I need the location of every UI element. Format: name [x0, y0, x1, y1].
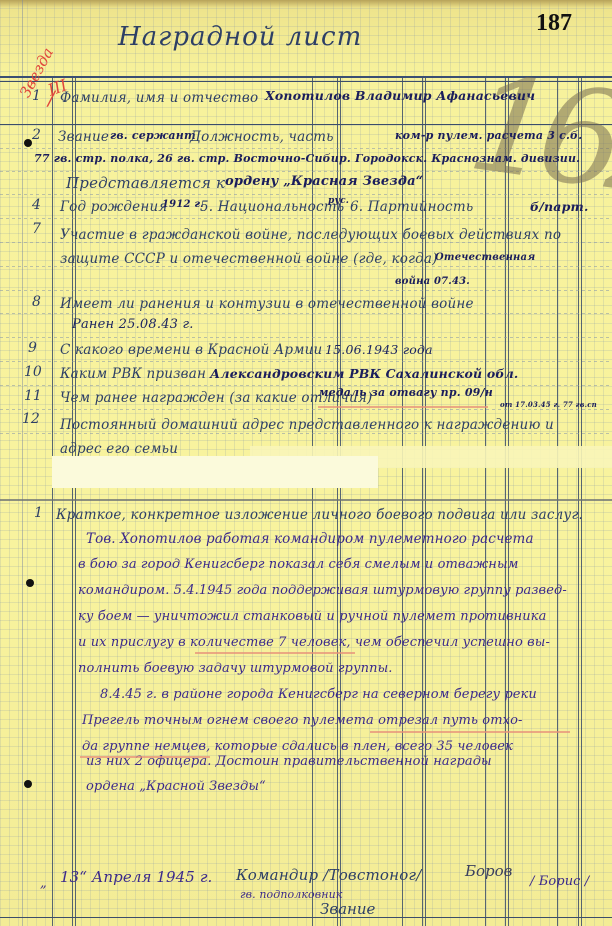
field-label-rank: Звание [58, 129, 109, 145]
field-value-previous-awards-note: от 17.03.45 г. 77 гв.сп [500, 400, 597, 409]
field-label-conscripted-by: Каким РВК призван [60, 366, 206, 382]
field-value-birth-year: 1912 г. [162, 199, 204, 210]
red-underline [195, 652, 355, 654]
section-rule [0, 499, 612, 501]
date-quote: „ [40, 876, 47, 891]
feat-line: Тов. Хопотилов работая командиром пулеме… [86, 531, 534, 547]
feat-line: 8.4.45 г. в районе города Кенигсберг на … [100, 687, 537, 702]
field-number: 8 [32, 294, 41, 310]
row-rule [0, 917, 612, 918]
ruled-line [0, 313, 612, 314]
column-line [485, 77, 486, 926]
signature-role: Командир /Товстоног/ [236, 866, 421, 884]
redacted-address [52, 456, 378, 488]
field-value-full-name: Хопотилов Владимир Афанасьевич [265, 88, 535, 103]
field-number: 2 [32, 127, 41, 143]
field-value-party: б/парт. [530, 199, 589, 214]
feat-line: ордена „Красной Звезды“ [86, 779, 266, 794]
field-number: 12 [22, 411, 40, 427]
nominated-for-value: ордену „Красная Звезда“ [225, 174, 423, 189]
field-label-army-since: С какого времени в Красной Армии [60, 342, 322, 358]
feat-line: командиром. 5.4.1945 года поддерживая шт… [78, 583, 567, 598]
feat-line: ку боем — уничтожил станковый и ручной п… [78, 609, 546, 624]
feat-line: Прегель точным огнем своего пулемета отр… [82, 713, 523, 728]
field-value-wounds: Ранен 25.08.43 г. [72, 317, 194, 332]
field-label-position: Должность, часть [190, 129, 334, 145]
field-value-army-since: 15.06.1943 года [325, 342, 433, 357]
red-underline [318, 406, 488, 408]
paper-edge [0, 0, 612, 8]
section-number: 1 [34, 505, 43, 521]
field-number: 9 [28, 340, 37, 356]
red-underline [80, 756, 210, 758]
ruled-line [0, 361, 612, 362]
nationality-label-text: Национальность [218, 199, 344, 215]
field-label-wounds: Имеет ли ранения и контузии в отечествен… [60, 296, 474, 312]
field-label-birth-year: Год рождения [60, 199, 168, 215]
field-number: 7 [32, 221, 41, 237]
field-label-party: 6. Партийность [350, 199, 473, 215]
feat-line: полнить боевую задачу штурмовой группы. [78, 661, 392, 676]
column-line [52, 77, 53, 926]
field-number: 1 [32, 88, 41, 104]
ruled-line [0, 409, 612, 410]
rank-caption: Звание [320, 900, 375, 918]
field-value-position-line1: ком-р пулем. расчета 3 с.б. [395, 129, 582, 142]
signature-date: 13“ Апреля 1945 г. [60, 868, 212, 886]
field-value-rank: гв. сержант [110, 129, 196, 142]
ruled-line [0, 337, 612, 338]
margin-dot [24, 780, 32, 788]
field-number: 10 [24, 364, 42, 380]
signature: Боров [465, 862, 512, 880]
field-number: 11 [24, 388, 42, 404]
party-label-text: Партийность [368, 199, 474, 215]
margin-line [22, 0, 23, 926]
margin-dot [26, 579, 34, 587]
feat-line: и их прислугу в количестве 7 человек, че… [78, 635, 550, 650]
field-label-nationality: 5. Национальность [200, 199, 344, 215]
field-value-war-participation: Отечественная война 07.43. [395, 246, 545, 294]
field-label-full-name: Фамилия, имя и отчество [60, 90, 258, 106]
nominated-for-label: Представляется к [66, 174, 225, 192]
red-stroke: / [48, 86, 55, 110]
margin-dot [24, 139, 32, 147]
feat-line: в бою за город Кенигсберг показал себя с… [78, 557, 519, 572]
red-underline [370, 731, 570, 733]
feat-label: Краткое, конкретное изложение личного бо… [56, 507, 583, 523]
field-value-nationality: рус. [328, 196, 349, 206]
signature-name: / Борис / [530, 874, 589, 889]
document-title: Наградной лист [118, 22, 362, 52]
sheet-number: 187 [536, 10, 572, 37]
feat-line: да группе немцев, которые сдались в плен… [82, 739, 513, 754]
ruled-line [0, 218, 612, 219]
field-value-position-line2: 77 гв. стр. полка, 26 гв. стр. Восточно-… [34, 152, 580, 165]
field-value-previous-awards: медаль за отвагу пр. 09/н [318, 386, 493, 399]
field-number: 4 [32, 197, 41, 213]
field-value-conscripted-by: Александровским РВК Сахалинской обл. [210, 366, 519, 381]
ruled-line [0, 385, 612, 386]
